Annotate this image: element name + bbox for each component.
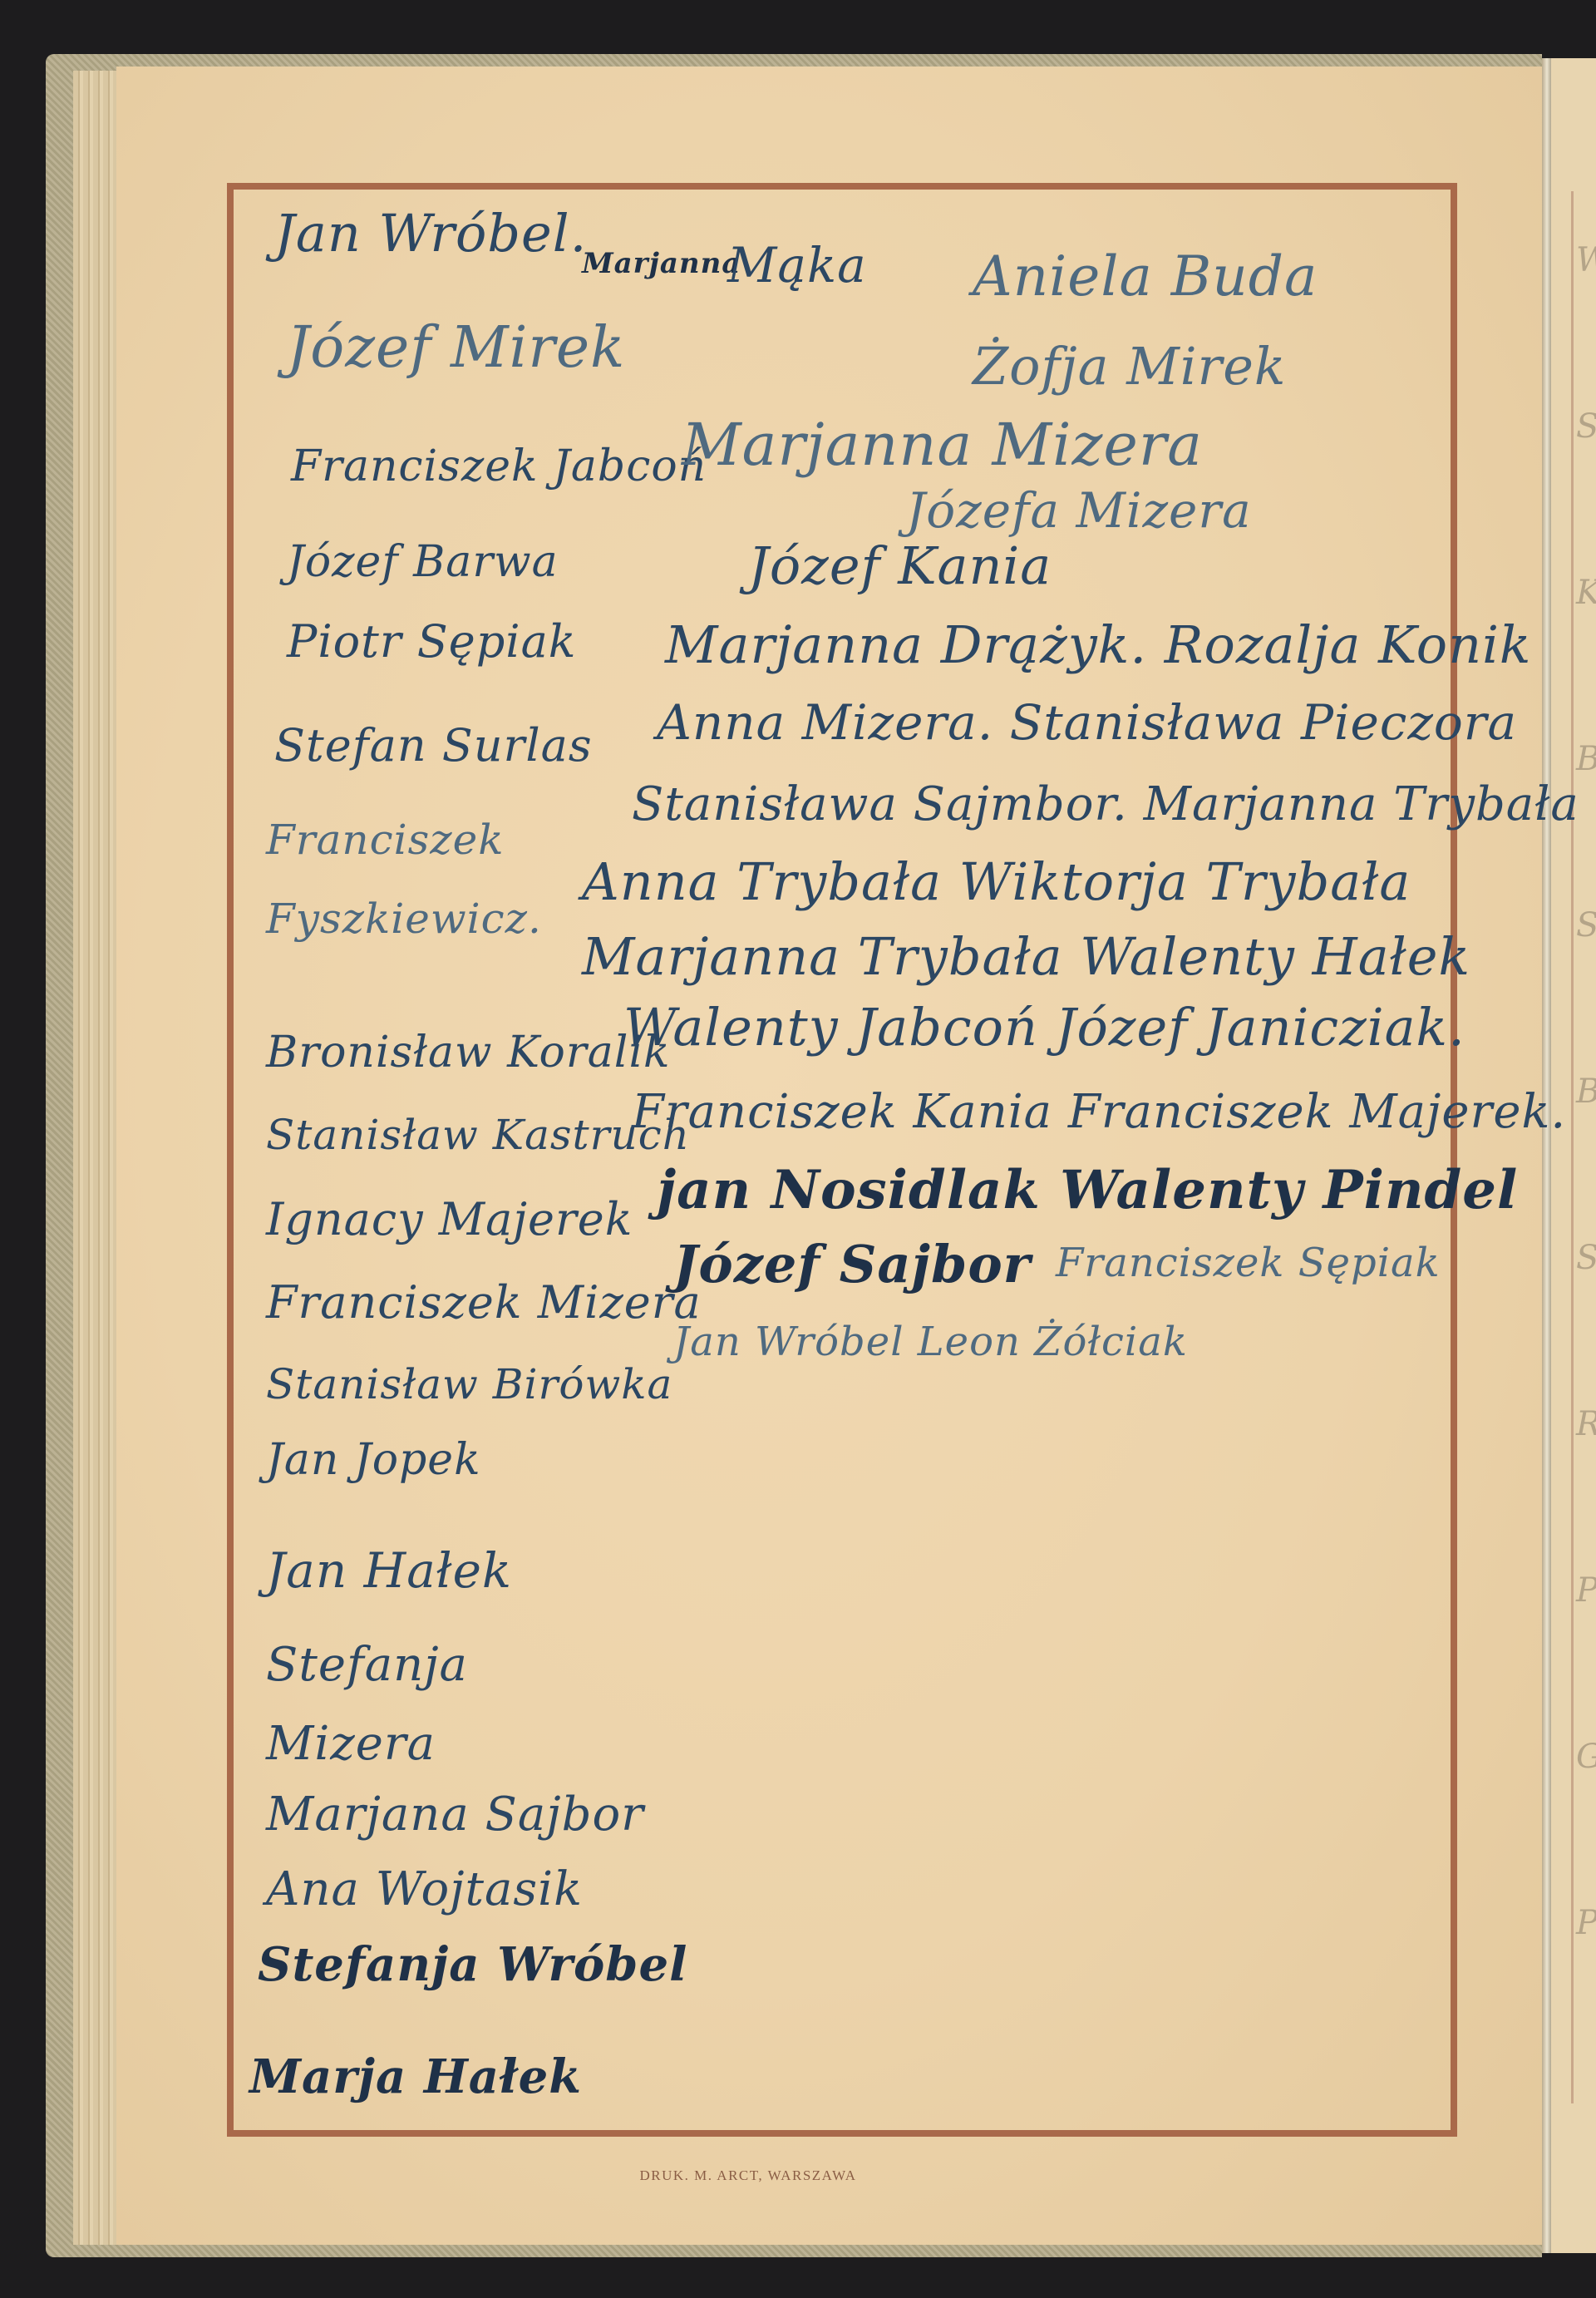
handwritten-signature: jan Nosidlak Walenty Pindel <box>657 1164 1518 1217</box>
adjacent-page-text-fragment: Ga <box>1576 1738 1596 1776</box>
handwritten-signature: Jan Wróbel. <box>274 208 587 259</box>
handwritten-signature: Marjana Sajbor <box>266 1792 644 1838</box>
handwritten-signature: Ana Wojtasik <box>266 1867 583 1913</box>
adjacent-page-text-fragment: W <box>1576 241 1596 279</box>
handwritten-signature: Stefanja <box>266 1642 468 1689</box>
handwritten-signature: Anna Mizera. Stanisława Pieczora <box>657 698 1517 747</box>
handwritten-signature: Piotr Sępiak <box>287 619 577 664</box>
handwritten-signature: Marjanna Mizera <box>682 416 1203 474</box>
adjacent-page-frame <box>1571 191 1596 2103</box>
handwritten-signature: Franciszek Kania Franciszek Majerek. <box>632 1089 1566 1136</box>
handwritten-signature: Franciszek Sępiak <box>1056 1243 1441 1283</box>
handwritten-signature: Marja Hałek <box>249 2054 582 2100</box>
handwritten-signature: Jan Hałek <box>266 1546 512 1595</box>
handwritten-signature: Stanisław Birówka <box>266 1364 672 1405</box>
handwritten-signature: Mąka <box>727 241 867 289</box>
handwritten-signature: Anna Trybała Wiktorja Trybała <box>582 856 1411 908</box>
handwritten-signature: Aniela Buda <box>973 249 1318 304</box>
handwritten-signature: Stanisława Sajmbor. Marjanna Trybała <box>632 782 1579 828</box>
handwritten-signature: Fyszkiewicz. <box>266 898 542 939</box>
handwritten-signature: Marjanna <box>582 249 741 278</box>
handwritten-signature: Józef Kania <box>748 540 1052 592</box>
adjacent-page-text-fragment: S <box>1576 407 1596 446</box>
adjacent-page-text-fragment: R <box>1576 1405 1596 1443</box>
handwritten-signature: Jan Jopek <box>266 1438 481 1482</box>
adjacent-page-text-fragment: Sa <box>1576 906 1596 944</box>
adjacent-page-text-fragment: Po <box>1576 1904 1596 1942</box>
handwritten-signature: Józef Sajbor <box>673 1239 1031 1290</box>
handwritten-signature: Stefanja Wróbel <box>258 1941 687 1988</box>
handwritten-signature: Żofja Mirek <box>973 341 1286 392</box>
handwritten-signature: Bronisław Koralik <box>266 1031 670 1074</box>
adjacent-page-text-fragment: Bu <box>1576 740 1596 778</box>
handwritten-signature: Mizera <box>266 1721 436 1768</box>
adjacent-page-text-fragment: Bu <box>1576 1073 1596 1111</box>
handwritten-signature: Franciszek <box>266 819 505 861</box>
handwritten-signature: Walenty Jabcoń Józef Janicziak. <box>623 1002 1465 1053</box>
adjacent-page-text-fragment: St <box>1576 1239 1596 1277</box>
adjacent-page-edge: WSKrBuSaBuStRPGaPo <box>1551 58 1596 2253</box>
handwritten-signature: Stanisław Kastruch <box>266 1114 690 1156</box>
handwritten-signature: Franciszek Jabcoń <box>291 445 707 488</box>
handwritten-signature: Józef Barwa <box>287 540 559 584</box>
handwritten-signature: Marjanna Trybała Walenty Hałek <box>582 931 1470 983</box>
handwritten-signature: Marjanna Drążyk. Rozalja Konik <box>665 619 1531 671</box>
handwritten-signature: Franciszek Mizera <box>266 1280 702 1325</box>
handwritten-signature: Stefan Surlas <box>274 723 593 768</box>
handwritten-signature: Jan Wróbel Leon Żółciak <box>673 1322 1188 1362</box>
page-stack-edge <box>73 71 119 2245</box>
handwritten-signature: Ignacy Majerek <box>266 1197 633 1242</box>
handwritten-signature: Józef Mirek <box>287 320 625 377</box>
adjacent-page-text-fragment: Kr <box>1576 574 1596 612</box>
handwritten-signature: Józefa Mizera <box>906 486 1252 535</box>
printer-imprint: DRUK. M. ARCT, WARSZAWA <box>0 2167 1496 2184</box>
adjacent-page-text-fragment: P <box>1576 1571 1596 1610</box>
